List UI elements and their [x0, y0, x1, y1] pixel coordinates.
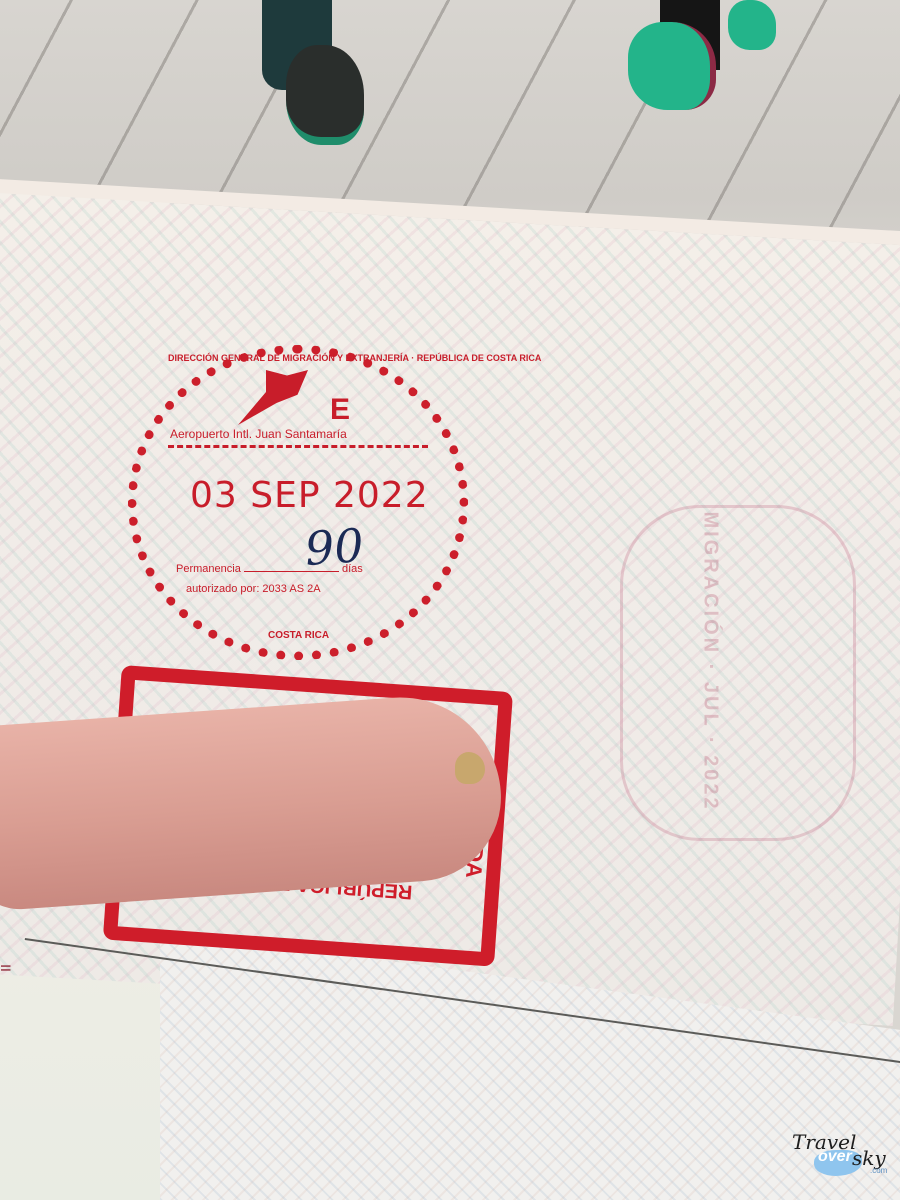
watermark-com: .com [870, 1166, 887, 1175]
ghost-stamp-text: MIGRACIÓN · JUL · 2022 [699, 511, 722, 811]
dashed-divider [168, 445, 428, 448]
entry-letter: E [330, 393, 350, 427]
shoe-right [628, 22, 716, 110]
handwritten-days: 90 [303, 518, 365, 576]
stamp-date: 03 SEP 2022 [190, 475, 429, 516]
country-label: COSTA RICA [268, 630, 329, 641]
airport-name: Aeropuerto Intl. Juan Santamaría [170, 427, 347, 441]
shoe-left [286, 45, 364, 145]
pointing-finger [0, 691, 507, 913]
costa-rica-entry-stamp: DIRECCIÓN GENERAL DE MIGRACIÓN Y EXTRANJ… [128, 345, 468, 660]
page-side-mark: II [0, 964, 14, 972]
permanencia-text: Permanencia [176, 563, 241, 575]
watermark-over: over [818, 1148, 852, 1166]
stamp-ring-text: DIRECCIÓN GENERAL DE MIGRACIÓN Y EXTRANJ… [168, 353, 541, 363]
fingernail [455, 752, 485, 784]
ghost-stamp-bleedthrough [620, 505, 856, 841]
shoe-right-back [728, 0, 776, 50]
authorization-text: autorizado por: 2033 AS 2A [186, 583, 321, 595]
